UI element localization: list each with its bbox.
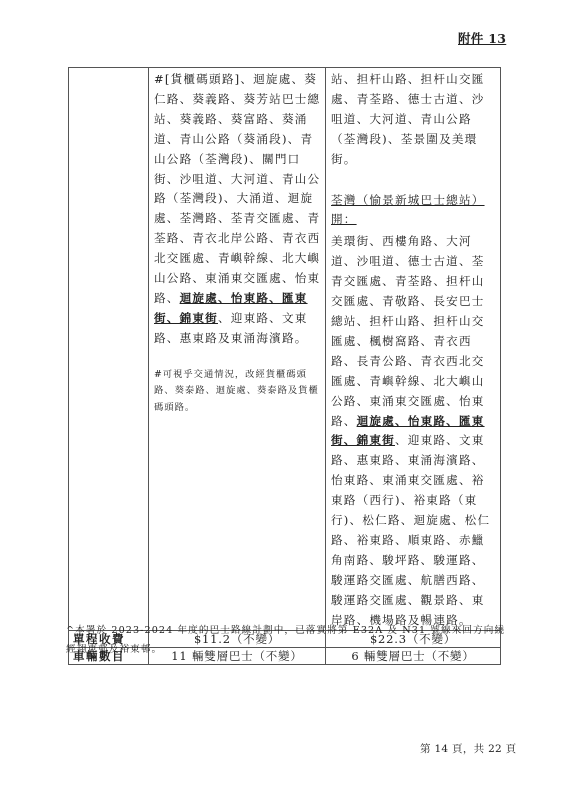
page-number: 第 14 頁，共 22 頁 <box>420 741 516 756</box>
route-1-diversion-note: #可視乎交通情況，改經貨櫃碼頭路、葵泰路、迴旋處、葵泰路及貨櫃碼頭路。 <box>149 367 325 417</box>
route-2-routing-part2: 美環街、西樓角路、大河道、沙咀道、德士古道、荃青交匯處、青荃路、担杆山交匯處、青… <box>326 230 500 630</box>
route-2-routing-cell: 站、担杆山路、担杆山交匯處、青荃路、德士古道、沙咀道、大河道、青山公路（荃灣段)… <box>326 68 501 631</box>
route-table: #[貨櫃碼頭路]、迴旋處、葵仁路、葵義路、葵芳站巴士總站、葵義路、葵富路、葵涌道… <box>68 67 501 665</box>
route-2-routing-part1: 站、担杆山路、担杆山交匯處、青荃路、德士古道、沙咀道、大河道、青山公路（荃灣段)… <box>326 68 500 170</box>
footnote: ^本署於 2023-2024 年度的巴士路線計劃中，已落實將第 E32A 及 N… <box>66 621 506 659</box>
annex-label: 附件 13 <box>458 29 506 47</box>
routing-segment: #[貨櫃碼頭路]、迴旋處、葵仁路、葵義路、葵芳站巴士總站、葵義路、葵富路、葵涌道… <box>154 72 320 305</box>
route-1-routing-cell: #[貨櫃碼頭路]、迴旋處、葵仁路、葵義路、葵芳站巴士總站、葵義路、葵富路、葵涌道… <box>149 68 326 631</box>
route-2-direction-heading: 荃灣（愉景新城巴士總站）開： <box>326 189 500 231</box>
routing-label-cell <box>69 68 149 631</box>
routing-segment: 、迎東路、文東路、惠東路、東涌海濱路、怡東路、東涌東交匯處、裕東路（西行)、裕東… <box>331 433 490 626</box>
routing-segment: 美環街、西樓角路、大河道、沙咀道、德士古道、荃青交匯處、青荃路、担杆山交匯處、青… <box>331 234 485 427</box>
route-1-routing-text: #[貨櫃碼頭路]、迴旋處、葵仁路、葵義路、葵芳站巴士總站、葵義路、葵富路、葵涌道… <box>149 68 325 349</box>
routing-row: #[貨櫃碼頭路]、迴旋處、葵仁路、葵義路、葵芳站巴士總站、葵義路、葵富路、葵涌道… <box>69 68 501 631</box>
